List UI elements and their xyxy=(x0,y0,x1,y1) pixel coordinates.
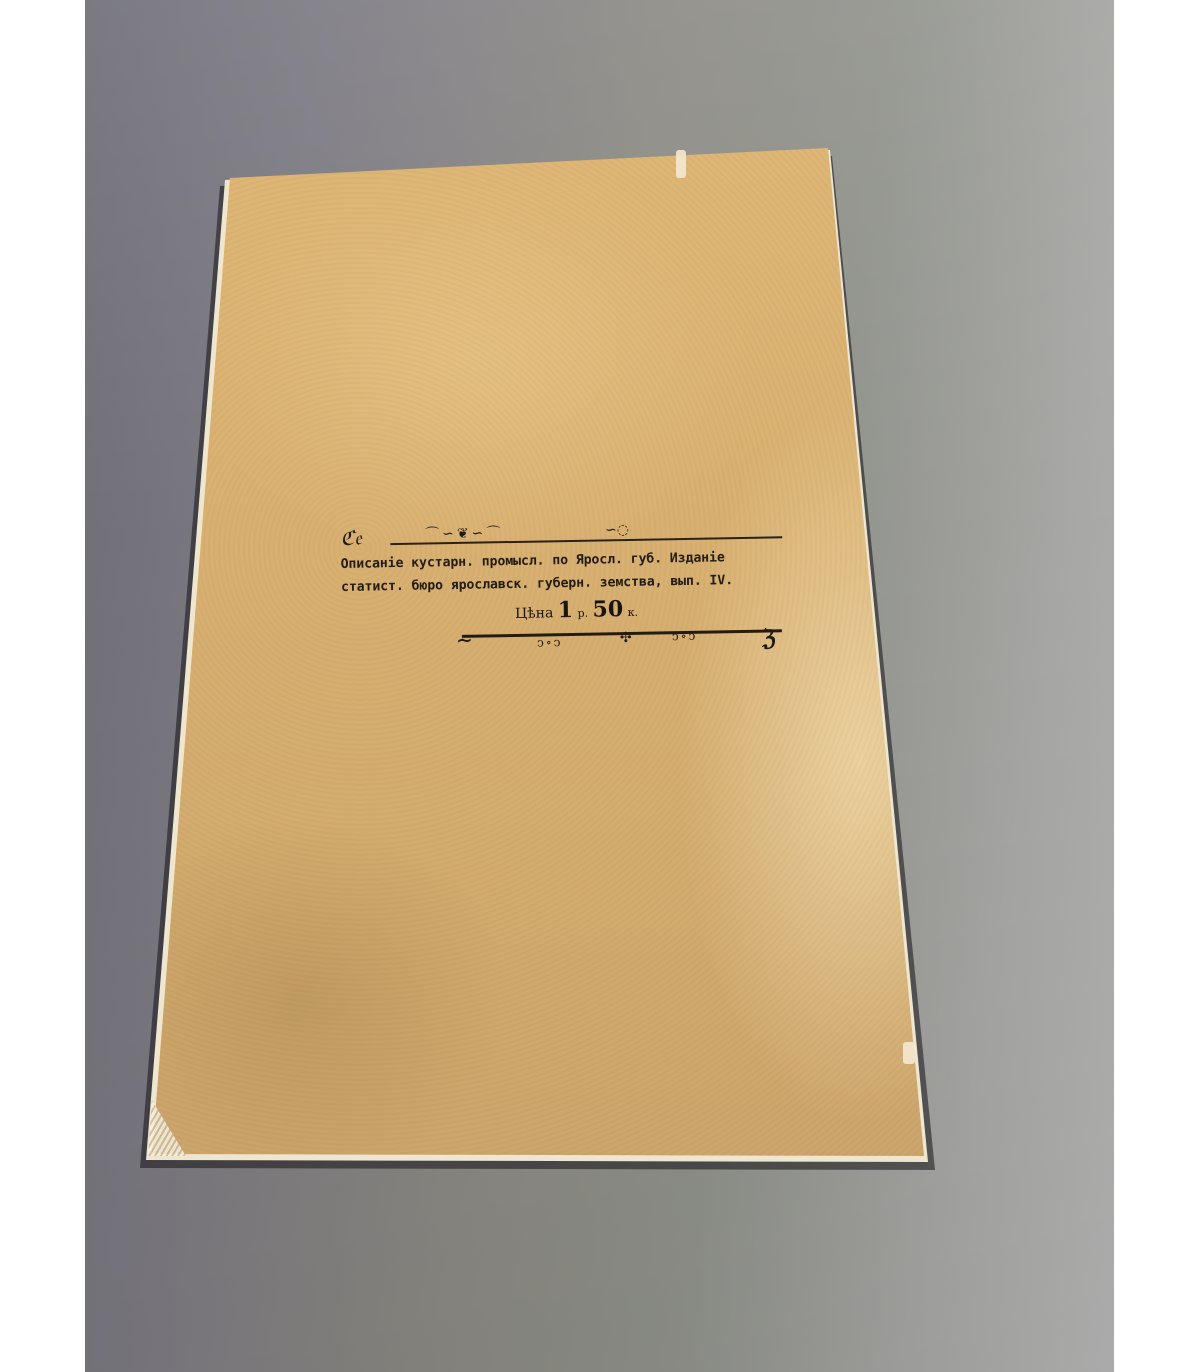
ornament-curl-icon: ℭ𝔢 xyxy=(340,527,362,549)
cover-tear-right xyxy=(903,1042,915,1064)
ornament-flourish-icon: ↄ∘ↄ xyxy=(672,629,698,643)
printed-notice: ℭ𝔢 ⌒∽❦∽⌒ ∽◌ Описаніе кустарн. промысл. п… xyxy=(340,519,792,661)
ornament-star-icon: ✣ xyxy=(620,630,632,646)
price-kopecks-unit: к. xyxy=(628,606,639,619)
price-rubles-unit: р. xyxy=(577,607,588,620)
price-rubles: 1 xyxy=(558,597,574,623)
ornament-curl-icon: ∼ xyxy=(456,629,473,651)
price-kopecks: 50 xyxy=(592,596,623,623)
price-label: Цѣна xyxy=(515,605,554,622)
ornament-flourish-icon: ∽◌ xyxy=(605,522,629,538)
ornament-curl-icon: ℨ xyxy=(762,625,776,651)
cover-tear-top xyxy=(676,150,686,178)
ornament-flourish-icon: ↄ∘ↄ xyxy=(537,635,563,649)
